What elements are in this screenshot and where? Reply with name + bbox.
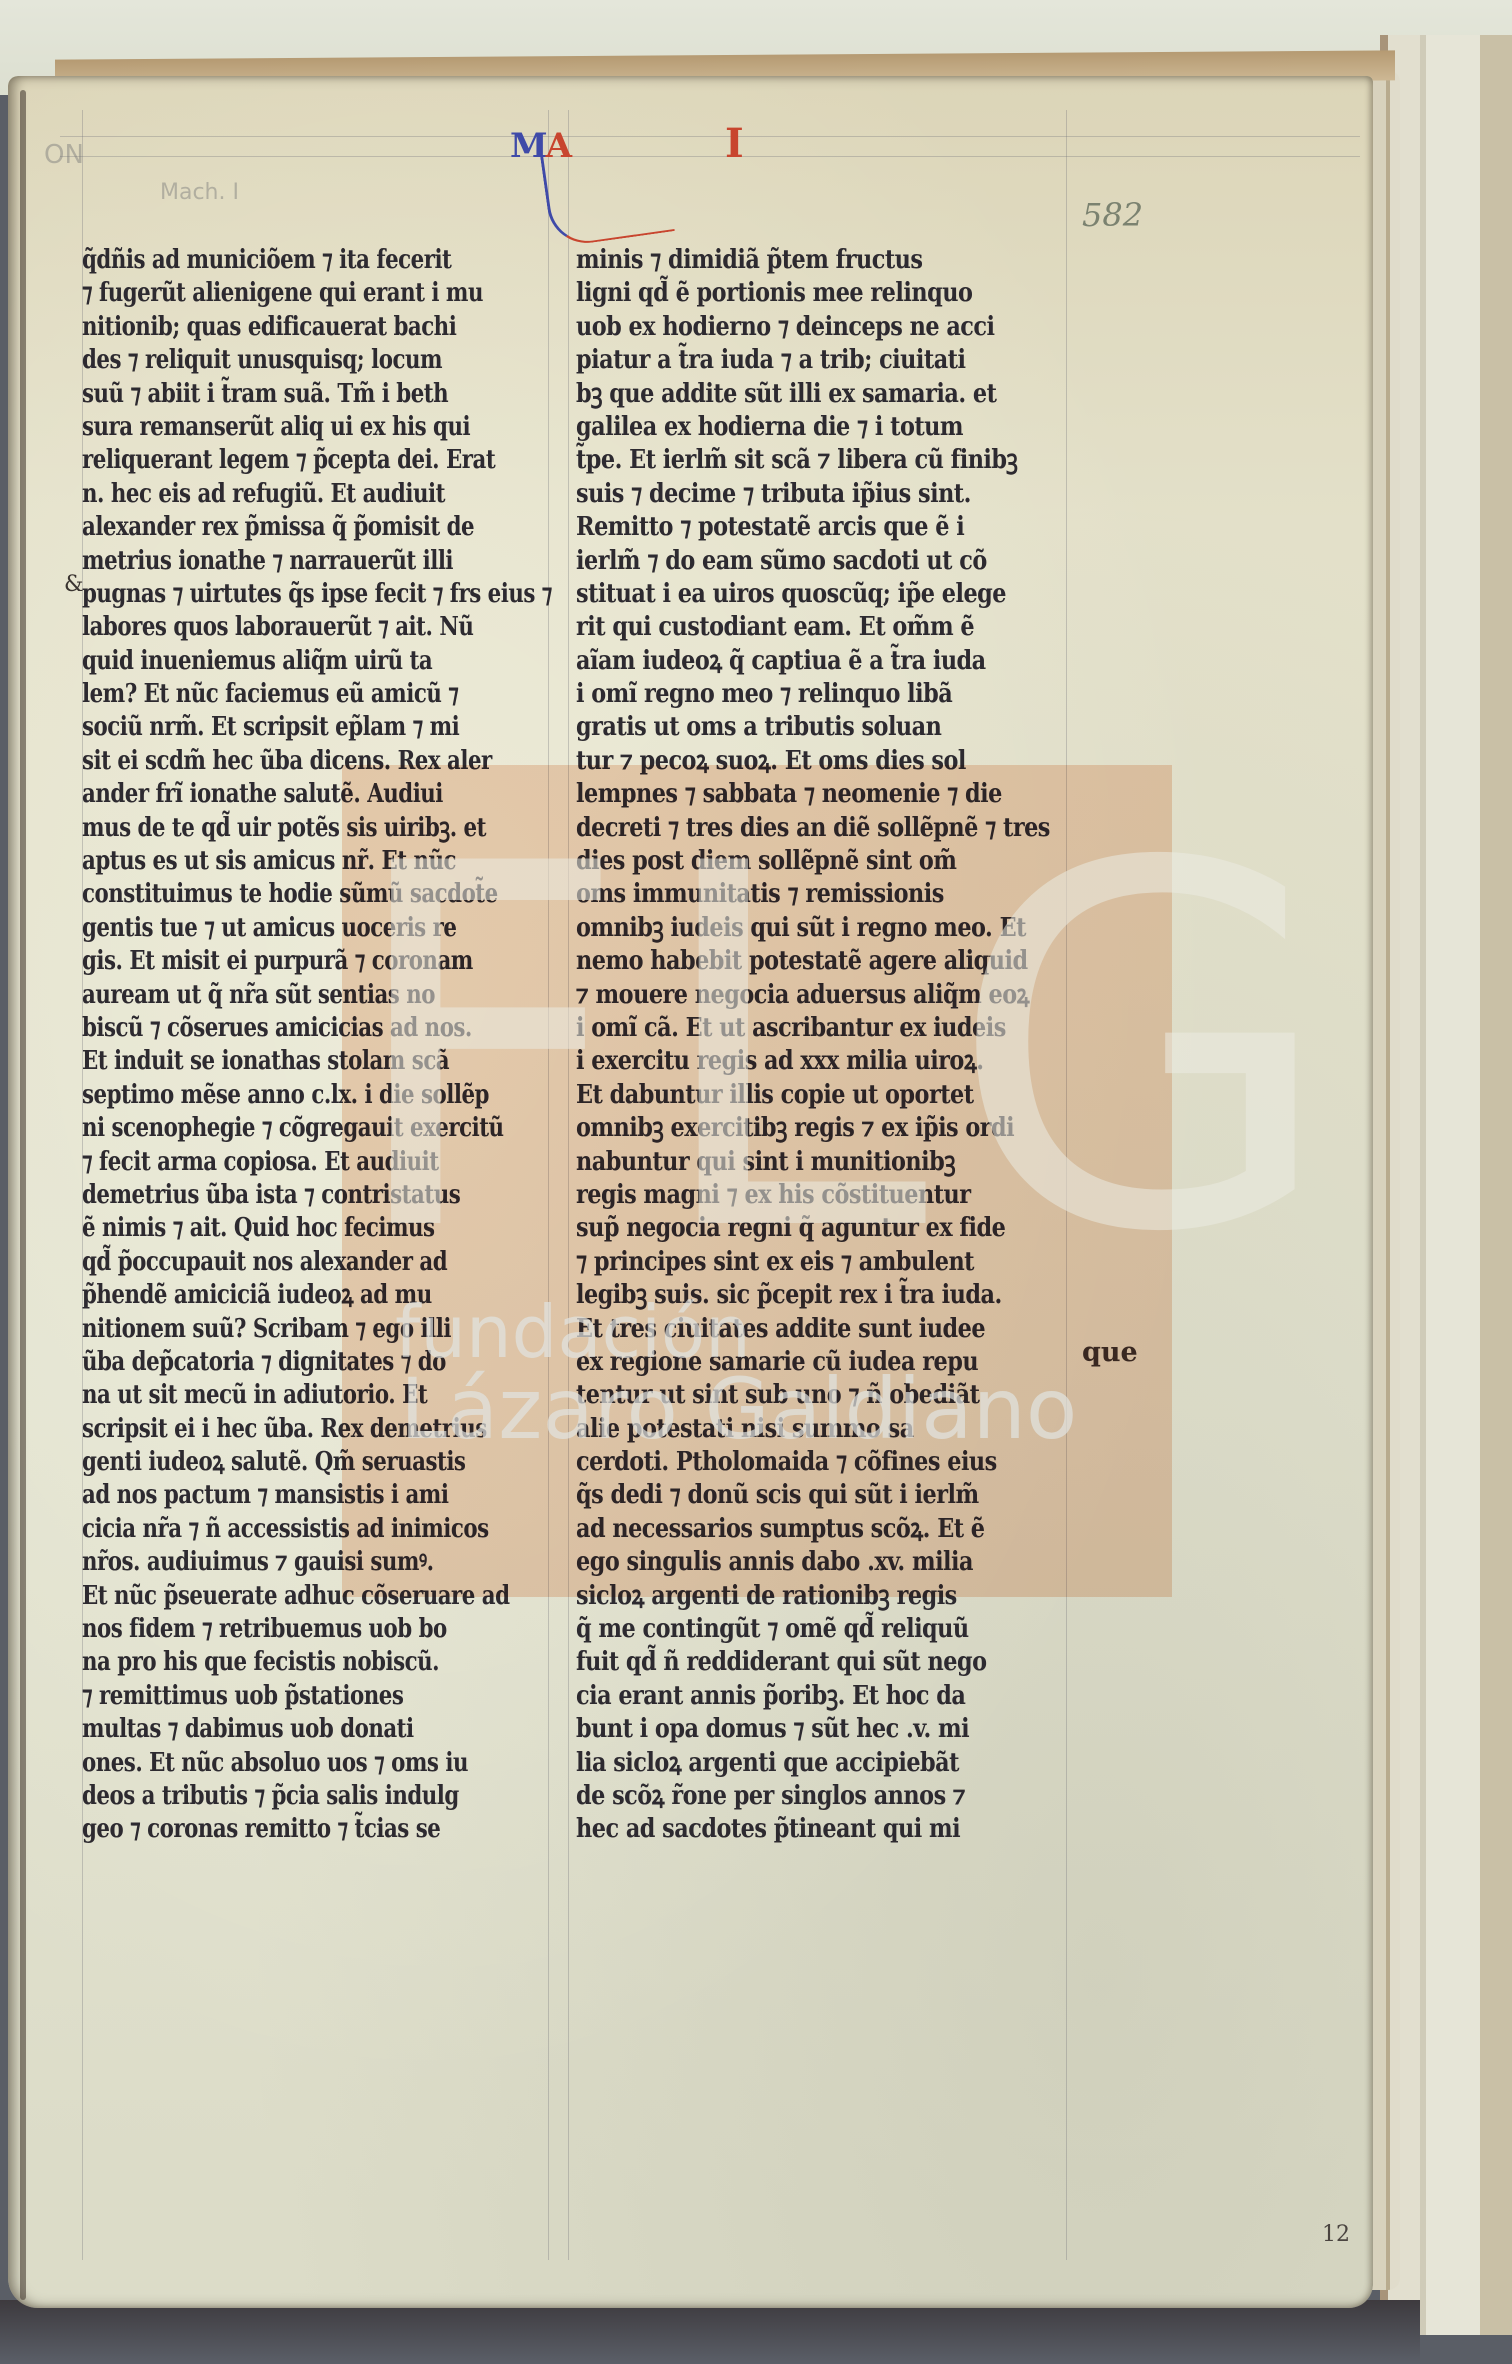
text-line: Et dabuntur illis copie ut oportet (576, 1079, 1023, 1112)
text-line: oms immunitatis ⁊ remissionis (576, 878, 1023, 911)
text-line: rit qui custodiant eam. Et om̃m ẽ (576, 611, 1023, 644)
text-line: mus de te qd̃ uir potẽs sis uiribꝫ. et (82, 812, 476, 845)
text-line: nabuntur qui sint i munitionibꝫ (576, 1146, 1023, 1179)
text-line: labores quos laborauerũt ⁊ ait. Nũ (82, 611, 476, 644)
marginal-insertion: que (1082, 1337, 1138, 1368)
text-line: gis. Et misit ei purpurã ⁊ coronam (82, 945, 476, 978)
text-line: septimo mẽse anno c.lx. i die sollẽp (82, 1079, 476, 1112)
text-column-right: minis ⁊ dimidiã p̃tem fructusligni qd̃ ẽ… (576, 244, 1096, 1847)
text-line: galilea ex hodierna die ⁊ i totum (576, 411, 1023, 444)
text-line: ego singulis annis dabo .xv. milia (576, 1546, 1023, 1579)
bottom-shadow (0, 2300, 1420, 2364)
text-line: aĩam iudeoꝝ q̃ captiua ẽ a t̃ra iuda (576, 645, 1023, 678)
text-line: cicia nr̃a ⁊ ñ accessistis ad inimicos (82, 1513, 476, 1546)
text-line: suũ ⁊ abiit i t̃ram suã. Tm̃ i beth (82, 378, 476, 411)
ruling-vertical-right-outer (568, 110, 569, 2260)
text-line: omnibꝫ iudeis qui sũt i regno meo. Et (576, 912, 1023, 945)
text-line: i omĩ cã. Et ut ascribantur ex iudeis (576, 1012, 1023, 1045)
text-line: t̃pe. Et ierlm̃ sit scã ⁊ libera cũ fini… (576, 444, 1023, 477)
running-head-letter-red: A (546, 126, 570, 166)
text-line: ũba dep̃catoria ⁊ dignitates ⁊ do (82, 1346, 476, 1379)
text-line: ẽ nimis ⁊ ait. Quid hoc fecimus (82, 1212, 476, 1245)
text-line: gratis ut oms a tributis soluan (576, 711, 1023, 744)
text-line: ad necessarios sumptus scõꝝ. Et ẽ (576, 1513, 1023, 1546)
text-line: omnibꝫ exercitibꝫ regis ⁊ ex ip̃is ordi (576, 1112, 1023, 1145)
text-line: constituimus te hodie sũmũ sacdot̃e (82, 878, 476, 911)
text-line: demetrius ũba ista ⁊ contristatus (82, 1179, 476, 1212)
text-line: q̃dñis ad municiõem ⁊ ita fecerit (82, 244, 476, 277)
gutter-fold (20, 90, 26, 2300)
text-line: des ⁊ reliquit unusquisq; locum (82, 344, 476, 377)
text-line: gentis tue ⁊ ut amicus uoceris re (82, 912, 476, 945)
text-line: auream ut q̃ nr̃a sũt sentias no (82, 979, 476, 1012)
text-line: metrius ionathe ⁊ narrauerũt illi (82, 545, 476, 578)
text-line: ⁊ principes sint ex eis ⁊ ambulent (576, 1246, 1023, 1279)
text-line: bunt i opa domus ⁊ sũt hec .v. mi (576, 1713, 1023, 1746)
text-line: ierlm̃ ⁊ do eam sũmo sacdoti ut cõ (576, 545, 1023, 578)
text-line: ⁊ mouere negocia aduersus aliq̃m eoꝝ (576, 979, 1023, 1012)
text-line: reliquerant legem ⁊ p̃cepta dei. Erat (82, 444, 476, 477)
text-line: multas ⁊ dabimus uob donati (82, 1713, 476, 1746)
left-margin-mark: & (64, 572, 84, 597)
text-line: q̃ me contingũt ⁊ omẽ qd̃ reliquũ (576, 1613, 1023, 1646)
text-line: Et nũc p̃seuerate adhuc cõseruare ad (82, 1580, 476, 1613)
text-line: pugnas ⁊ uirtutes q̃s ipse fecit ⁊ frs e… (82, 578, 476, 611)
text-line: n. hec eis ad refugiũ. Et audiuit (82, 478, 476, 511)
text-line: legibꝫ suis. sic p̃cepit rex i t̃ra iuda… (576, 1279, 1023, 1312)
text-line: scripsit ei i hec ũba. Rex demetrius (82, 1413, 476, 1446)
text-line: qd̃ p̃occupauit nos alexander ad (82, 1246, 476, 1279)
text-line: nos fidem ⁊ retribuemus uob bo (82, 1613, 476, 1646)
text-line: ligni qd̃ ẽ portionis mee relinquo (576, 277, 1023, 310)
pencil-note-top-left: ON (44, 140, 84, 170)
text-line: geo ⁊ coronas remitto ⁊ t̃cias se (82, 1813, 476, 1846)
text-line: suis ⁊ decime ⁊ tributa ip̃ius sint. (576, 478, 1023, 511)
text-line: i exercitu regis ad xxx milia uiroꝝ. (576, 1045, 1023, 1078)
text-line: sup̃ negocia regni q̃ aguntur ex fide (576, 1212, 1023, 1245)
text-line: sociũ nrm̃. Et scripsit ep̃lam ⁊ mi (82, 711, 476, 744)
text-line: cerdoti. Ptholomaida ⁊ cõfines eius (576, 1446, 1023, 1479)
text-line: nitionib; quas edificauerat bachi (82, 311, 476, 344)
text-line: tur ⁊ pecoꝝ suoꝝ. Et oms dies sol (576, 745, 1023, 778)
text-line: sicloꝝ argenti de rationibꝫ regis (576, 1580, 1023, 1613)
text-line: uob ex hodierno ⁊ deinceps ne acci (576, 311, 1023, 344)
text-line: ander frĩ ionathe salutẽ. Audiui (82, 778, 476, 811)
text-line: minis ⁊ dimidiã p̃tem fructus (576, 244, 1023, 277)
pencil-note-top-margin: Mach. I (160, 180, 239, 205)
running-head-letter-blue: M (510, 126, 546, 166)
text-line: lia sicloꝝ argenti que accipiebãt (576, 1747, 1023, 1780)
text-line: dies post diem sollẽpnẽ sint om̃ (576, 845, 1023, 878)
text-line: ⁊ fugerũt alienigene qui erant i mu (82, 277, 476, 310)
text-line: na ut sit mecũ in adiutorio. Et (82, 1379, 476, 1412)
text-line: ones. Et nũc absoluo uos ⁊ oms iu (82, 1747, 476, 1780)
running-head-book: MA (510, 126, 570, 166)
text-line: ex regione samarie cũ iudea repu (576, 1346, 1023, 1379)
text-line: decreti ⁊ tres dies an diẽ sollẽpnẽ ⁊ tr… (576, 812, 1023, 845)
bottom-right-mark: 12 (1322, 2222, 1350, 2247)
text-line: q̃s dedi ⁊ donũ scis qui sũt i ierlm̃ (576, 1479, 1023, 1512)
text-line: nr̃os. audiuimus ⁊ gauisi sumꝰ. (82, 1546, 476, 1579)
text-line: sura remanserũt aliq ui ex his qui (82, 411, 476, 444)
running-head-number: I (725, 120, 744, 167)
text-line: lempnes ⁊ sabbata ⁊ neomenie ⁊ die (576, 778, 1023, 811)
text-line: Et tres ciuitates addite sunt iudee (576, 1313, 1023, 1346)
text-line: sit ei scdm̃ hec ũba dicens. Rex aler (82, 745, 476, 778)
text-line: cia erant annis p̃oribꝫ. Et hoc da (576, 1680, 1023, 1713)
text-line: ⁊ fecit arma copiosa. Et audiuit (82, 1146, 476, 1179)
running-head: MA I (510, 118, 870, 178)
text-line: i omĩ regno meo ⁊ relinquo libã (576, 678, 1023, 711)
text-line: tentur ut sint sub uno ⁊ ñ obediãt (576, 1379, 1023, 1412)
text-line: piatur a t̃ra iuda ⁊ a trib; ciuitati (576, 344, 1023, 377)
text-line: ⁊ remittimus uob p̃stationes (82, 1680, 476, 1713)
text-line: alexander rex p̃missa q̃ p̃omisit de (82, 511, 476, 544)
text-line: regis magni ⁊ ex his cõstituentur (576, 1179, 1023, 1212)
text-line: p̃hendẽ amiciciã iudeoꝝ ad mu (82, 1279, 476, 1312)
folio-number: 582 (1082, 196, 1143, 234)
text-line: nitionem suũ? Scribam ⁊ ego illi (82, 1313, 476, 1346)
text-line: Et induit se ionathas stolam scã (82, 1045, 476, 1078)
text-line: fuit qd̃ ñ reddiderant qui sũt nego (576, 1646, 1023, 1679)
text-line: hec ad sacdotes p̃tineant qui mi (576, 1813, 1023, 1846)
text-line: Remitto ⁊ potestatẽ arcis que ẽ i (576, 511, 1023, 544)
text-line: biscũ ⁊ cõserues amicicias ad nos. (82, 1012, 476, 1045)
text-line: quid inueniemus aliq̃m uirũ ta (82, 645, 476, 678)
text-column-left: q̃dñis ad municiõem ⁊ ita fecerit⁊ fuger… (82, 244, 562, 1847)
text-line: stituat i ea uiros quoscũq; ip̃e elege (576, 578, 1023, 611)
text-line: bꝫ que addite sũt illi ex samaria. et (576, 378, 1023, 411)
text-line: aptus es ut sis amicus nr̃. Et nũc (82, 845, 476, 878)
text-line: de scõꝝ r̃one per singlos annos ⁊ (576, 1780, 1023, 1813)
text-line: genti iudeoꝝ salutẽ. Qm̃ seruastis (82, 1446, 476, 1479)
text-line: ad nos pactum ⁊ mansistis i ami (82, 1479, 476, 1512)
text-line: ni scenophegie ⁊ cõgregauit exercitũ (82, 1112, 476, 1145)
text-line: nemo habebit potestatẽ agere aliquid (576, 945, 1023, 978)
text-line: lem? Et nũc faciemus eũ amicũ ⁊ (82, 678, 476, 711)
text-line: na pro his que fecistis nobiscũ. (82, 1646, 476, 1679)
text-line: deos a tributis ⁊ p̃cia salis indulg (82, 1780, 476, 1813)
text-line: alie potestati nisi summo sa (576, 1413, 1023, 1446)
